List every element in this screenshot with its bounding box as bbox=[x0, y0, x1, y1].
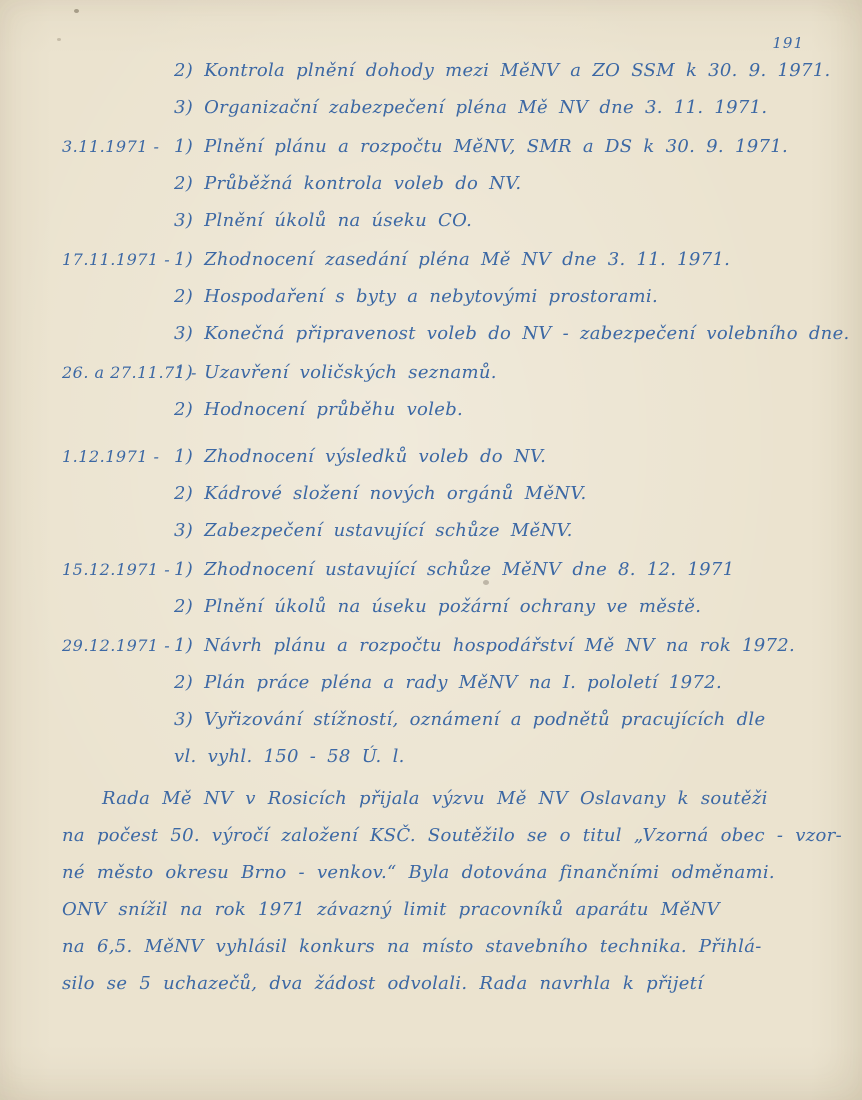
agenda-line: 2) Kádrové složení nových orgánů MěNV. bbox=[174, 475, 824, 512]
entry-date: 15.12.1971 - bbox=[62, 551, 174, 588]
entry-date: 26. a 27.11.71 - bbox=[62, 354, 174, 391]
entry-lines: 1) Zhodnocení výsledků voleb do NV. 2) K… bbox=[174, 438, 824, 549]
entry-lines: 1) Plnění plánu a rozpočtu MěNV, SMR a D… bbox=[174, 128, 824, 239]
agenda-line-continuation: vl. vyhl. 150 - 58 Ú. l. bbox=[174, 738, 824, 775]
paragraph-line: Rada Mě NV v Rosicích přijala výzvu Mě N… bbox=[62, 780, 824, 817]
entry-lines: 1) Zhodnocení zasedání pléna Mě NV dne 3… bbox=[174, 241, 824, 352]
entry-date: 1.12.1971 - bbox=[62, 438, 174, 475]
page-number: 191 bbox=[772, 34, 804, 52]
agenda-line: 3) Plnění úkolů na úseku CO. bbox=[174, 202, 824, 239]
document-page: 191 2) Kontrola plnění dohody mezi MěNV … bbox=[0, 0, 862, 1100]
agenda-entry: 3.11.1971 - 1) Plnění plánu a rozpočtu M… bbox=[62, 128, 824, 239]
entry-lines: 1) Návrh plánu a rozpočtu hospodářství M… bbox=[174, 627, 824, 775]
paragraph-line: ONV snížil na rok 1971 závazný limit pra… bbox=[62, 891, 824, 928]
agenda-line: 3) Organizační zabezpečení pléna Mě NV d… bbox=[174, 89, 824, 126]
paragraph-line: né město okresu Brno - venkov.“ Byla dot… bbox=[62, 854, 824, 891]
paper-speck bbox=[74, 9, 79, 13]
agenda-line: 1) Návrh plánu a rozpočtu hospodářství M… bbox=[174, 627, 824, 664]
paragraph-line: na 6,5. MěNV vyhlásil konkurs na místo s… bbox=[62, 928, 824, 965]
agenda-entry: 29.12.1971 - 1) Návrh plánu a rozpočtu h… bbox=[62, 627, 824, 775]
entry-date: 29.12.1971 - bbox=[62, 627, 174, 664]
entry-date: 3.11.1971 - bbox=[62, 128, 174, 165]
agenda-line: 2) Plnění úkolů na úseku požární ochrany… bbox=[174, 588, 824, 625]
agenda-line: 3) Vyřizování stížností, oznámení a podn… bbox=[174, 701, 824, 738]
agenda-entry: 26. a 27.11.71 - 1) Uzavření voličských … bbox=[62, 354, 824, 428]
agenda-line: 2) Průběžná kontrola voleb do NV. bbox=[174, 165, 824, 202]
agenda-line: 1) Plnění plánu a rozpočtu MěNV, SMR a D… bbox=[174, 128, 824, 165]
entry-date: 17.11.1971 - bbox=[62, 241, 174, 278]
entry-lines: 2) Kontrola plnění dohody mezi MěNV a ZO… bbox=[174, 52, 824, 126]
agenda-entry: 1.12.1971 - 1) Zhodnocení výsledků voleb… bbox=[62, 438, 824, 549]
entry-lines: 1) Zhodnocení ustavující schůze MěNV dne… bbox=[174, 551, 824, 625]
agenda-entry: 2) Kontrola plnění dohody mezi MěNV a ZO… bbox=[62, 52, 824, 126]
paper-speck bbox=[57, 38, 61, 41]
agenda-line: 2) Hospodaření s byty a nebytovými prost… bbox=[174, 278, 824, 315]
paragraph-line: na počest 50. výročí založení KSČ. Soutě… bbox=[62, 817, 824, 854]
agenda-line: 1) Zhodnocení zasedání pléna Mě NV dne 3… bbox=[174, 241, 824, 278]
paragraph-line: silo se 5 uchazečů, dva žádost odvolali.… bbox=[62, 965, 824, 1002]
agenda-entry: 17.11.1971 - 1) Zhodnocení zasedání plén… bbox=[62, 241, 824, 352]
entry-lines: 1) Uzavření voličských seznamů. 2) Hodno… bbox=[174, 354, 824, 428]
agenda-line: 2) Kontrola plnění dohody mezi MěNV a ZO… bbox=[174, 52, 824, 89]
page-content: 2) Kontrola plnění dohody mezi MěNV a ZO… bbox=[62, 52, 824, 1002]
agenda-line: 2) Plán práce pléna a rady MěNV na I. po… bbox=[174, 664, 824, 701]
agenda-entry: 15.12.1971 - 1) Zhodnocení ustavující sc… bbox=[62, 551, 824, 625]
agenda-line: 3) Konečná připravenost voleb do NV - za… bbox=[174, 315, 824, 352]
agenda-line: 2) Hodnocení průběhu voleb. bbox=[174, 391, 824, 428]
agenda-line: 1) Zhodnocení ustavující schůze MěNV dne… bbox=[174, 551, 824, 588]
agenda-line: 1) Zhodnocení výsledků voleb do NV. bbox=[174, 438, 824, 475]
agenda-line: 1) Uzavření voličských seznamů. bbox=[174, 354, 824, 391]
agenda-line: 3) Zabezpečení ustavující schůze MěNV. bbox=[174, 512, 824, 549]
body-paragraph: Rada Mě NV v Rosicích přijala výzvu Mě N… bbox=[62, 780, 824, 1002]
